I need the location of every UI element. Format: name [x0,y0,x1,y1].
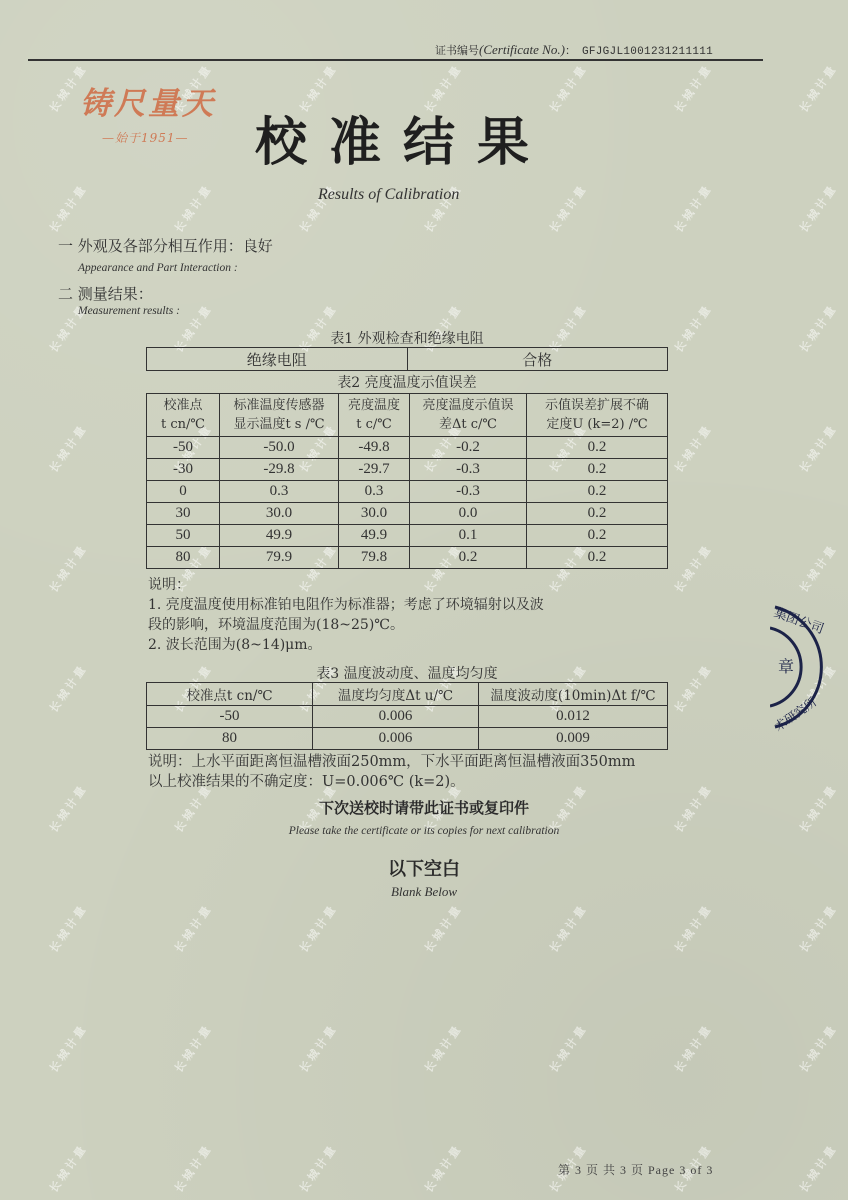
cert-no-value: GFJGJL1001231211111 [582,46,713,58]
section-appearance-en: Appearance and Part Interaction : [78,262,238,274]
table-cell: -50 [147,706,313,728]
table-cell: -49.8 [339,437,410,459]
watermark-text: 长城计量 [795,60,840,115]
watermark-text: 长城计量 [795,540,840,595]
table-row: 00.30.3-0.30.2 [147,481,668,503]
blank-below-cn: 以下空白 [0,855,848,881]
table-row: 绝缘电阻 合格 [147,348,668,371]
table-cell: 49.9 [220,525,339,547]
table-cell: -0.3 [410,459,527,481]
table-cell: 合格 [407,348,668,371]
watermark-text: 长城计量 [670,900,715,955]
table-row: 800.0060.009 [147,728,668,750]
watermark-text: 长城计量 [295,1020,340,1075]
section-appearance: 一 外观及各部分相互作用：良好 [58,235,273,256]
table-cell: 49.9 [339,525,410,547]
brightness-temp-table: 校准点t cn/℃ 标准温度传感器显示温度t s /℃ 亮度温度t c/℃ 亮度… [146,393,668,569]
table2-notes: 说明： 1. 亮度温度使用标准铂电阻作为标准器；考虑了环境辐射以及波 段的影响，… [148,575,544,655]
table-cell: 0.012 [479,706,668,728]
header-rule [28,59,763,61]
watermark-text: 长城计量 [420,1020,465,1075]
cert-sep: ： [565,44,576,57]
cert-label-en: (Certificate No.) [479,42,565,57]
col-header: 校准点t cn/℃ [147,394,220,437]
watermark-text: 长城计量 [795,420,840,475]
table2-caption: 表2 亮度温度示值误差 [146,372,668,392]
watermark-text: 长城计量 [795,300,840,355]
watermark-text: 长城计量 [420,900,465,955]
table-row: 8079.979.80.20.2 [147,547,668,569]
note-item: 以上校准结果的不确定度：U=0.006℃ (k=2)。 [148,772,635,792]
seal-text-center: 章 [778,657,794,676]
col-header: 亮度温度t c/℃ [339,394,410,437]
fluctuation-uniformity-table: 校准点t cn/℃ 温度均匀度Δt u/℃ 温度波动度(10min)Δt f/℃… [146,682,668,750]
watermark-text: 长城计量 [170,180,215,235]
table-cell: 绝缘电阻 [147,348,408,371]
section-measurement: 二 测量结果： [58,283,153,304]
watermark-text: 长城计量 [45,540,90,595]
table-cell: -0.3 [410,481,527,503]
logo-since: —始于1951— [102,129,216,146]
col-header: 温度均匀度Δt u/℃ [313,683,479,706]
table-cell: 50 [147,525,220,547]
watermark-text: 长城计量 [45,420,90,475]
table-cell: 30.0 [339,503,410,525]
page-subtitle: Results of Calibration [318,186,459,204]
watermark-text: 长城计量 [170,1140,215,1195]
table-row: -30-29.8-29.7-0.30.2 [147,459,668,481]
page-footer: 第 3 页 共 3 页 Page 3 of 3 [558,1161,713,1178]
watermark-text: 长城计量 [795,1140,840,1195]
note-item: 2. 波长范围为(8~14)μm。 [148,635,544,655]
table-row: -50-50.0-49.8-0.20.2 [147,437,668,459]
watermark-text: 长城计量 [420,1140,465,1195]
certificate-number: 证书编号(Certificate No.)：GFJGJL100123121111… [435,42,713,58]
watermark-text: 长城计量 [545,180,590,235]
table-cell: 0.2 [527,481,668,503]
watermark-text: 长城计量 [795,1020,840,1075]
watermark-text: 长城计量 [45,180,90,235]
table-cell: 0.009 [479,728,668,750]
table-cell: 0.2 [527,503,668,525]
cert-label-cn: 证书编号 [435,44,479,57]
watermark-text: 长城计量 [670,660,715,715]
official-seal-stamp: 集团公司 章 术研究所 [770,602,848,732]
seal-text-bottom: 术研究所 [771,694,819,732]
watermark-text: 长城计量 [170,1020,215,1075]
watermark-text: 长城计量 [45,1140,90,1195]
table-cell: 0.2 [527,547,668,569]
page-title: 校准结果 [255,100,551,175]
section-measurement-en: Measurement results : [78,305,180,317]
table-cell: 80 [147,728,313,750]
table-cell: 30.0 [220,503,339,525]
table-header-row: 校准点t cn/℃ 温度均匀度Δt u/℃ 温度波动度(10min)Δt f/℃ [147,683,668,706]
table-cell: -0.2 [410,437,527,459]
table1-caption: 表1 外观检查和绝缘电阻 [146,328,668,348]
table-cell: 30 [147,503,220,525]
col-header: 示值误差扩展不确定度U (k=2) /℃ [527,394,668,437]
watermark-text: 长城计量 [170,900,215,955]
notes-title: 说明： [148,575,544,595]
table-cell: -29.7 [339,459,410,481]
reminder-cn: 下次送校时请带此证书或复印件 [0,797,848,818]
table-cell: 0.0 [410,503,527,525]
table-cell: 80 [147,547,220,569]
table-row: 3030.030.00.00.2 [147,503,668,525]
watermark-text: 长城计量 [795,900,840,955]
insulation-table: 绝缘电阻 合格 [146,347,668,371]
table-row: 5049.949.90.10.2 [147,525,668,547]
watermark-text: 长城计量 [45,1020,90,1075]
table-header-row: 校准点t cn/℃ 标准温度传感器显示温度t s /℃ 亮度温度t c/℃ 亮度… [147,394,668,437]
watermark-text: 长城计量 [670,180,715,235]
table-cell: 0.2 [527,459,668,481]
blank-below-en: Blank Below [0,884,848,900]
col-header: 亮度温度示值误差Δt c/℃ [410,394,527,437]
col-header: 标准温度传感器显示温度t s /℃ [220,394,339,437]
brand-logo: 铸尺量天 —始于1951— [80,78,216,146]
watermark-text: 长城计量 [670,540,715,595]
col-header: 温度波动度(10min)Δt f/℃ [479,683,668,706]
note-item: 段的影响，环境温度范围为(18~25)℃。 [148,615,544,635]
table-cell: 0.3 [220,481,339,503]
table3-notes: 说明：上水平面距离恒温槽液面250mm，下水平面距离恒温槽液面350mm 以上校… [148,752,635,792]
watermark-text: 长城计量 [670,420,715,475]
watermark-text: 长城计量 [545,900,590,955]
table-cell: -29.8 [220,459,339,481]
table-cell: 0 [147,481,220,503]
watermark-text: 长城计量 [545,60,590,115]
note-item: 1. 亮度温度使用标准铂电阻作为标准器；考虑了环境辐射以及波 [148,595,544,615]
table-row: -500.0060.012 [147,706,668,728]
watermark-text: 长城计量 [45,660,90,715]
table-cell: 79.8 [339,547,410,569]
watermark-text: 长城计量 [670,300,715,355]
table-cell: 0.2 [527,437,668,459]
watermark-text: 长城计量 [795,180,840,235]
table-cell: 0.006 [313,728,479,750]
table-cell: 0.3 [339,481,410,503]
table-cell: 0.006 [313,706,479,728]
table-cell: 0.1 [410,525,527,547]
col-header: 校准点t cn/℃ [147,683,313,706]
watermark-text: 长城计量 [295,1140,340,1195]
table-cell: 79.9 [220,547,339,569]
watermark-text: 长城计量 [670,60,715,115]
watermark-text: 长城计量 [670,1020,715,1075]
watermark-text: 长城计量 [545,1020,590,1075]
logo-text: 铸尺量天 [80,78,216,123]
note-item: 说明：上水平面距离恒温槽液面250mm，下水平面距离恒温槽液面350mm [148,752,635,772]
watermark-text: 长城计量 [45,900,90,955]
table-cell: 0.2 [410,547,527,569]
table3-caption: 表3 温度波动度、温度均匀度 [146,663,668,683]
table-cell: 0.2 [527,525,668,547]
reminder-en: Please take the certificate or its copie… [0,825,848,837]
table-cell: -50.0 [220,437,339,459]
watermark-text: 长城计量 [295,900,340,955]
table-cell: -50 [147,437,220,459]
table-cell: -30 [147,459,220,481]
